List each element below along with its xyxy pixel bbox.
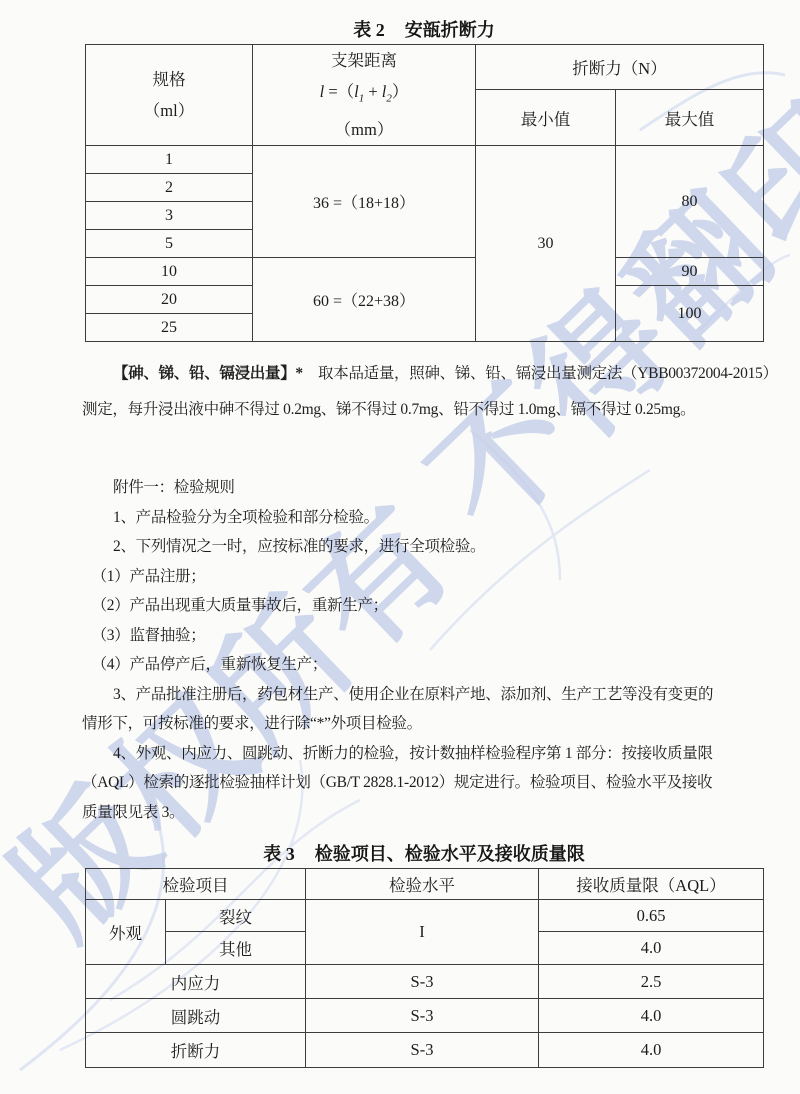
table2-header-max-cell: 最大值: [616, 90, 764, 146]
table3-caption-label: 表 3: [263, 844, 295, 864]
bracket-distance-formula: l =（l1 + l2）: [255, 76, 473, 114]
internal-stress-item-cell: 内应力: [86, 965, 306, 999]
table3-header-level-cell: 检验水平: [306, 869, 539, 900]
breaking-force-level-cell: S-3: [306, 1033, 539, 1068]
leach-limit-paragraph: 【砷、锑、铅、镉浸出量】* 取本品适量，照砷、锑、铅、镉浸出量测定法（YBB00…: [82, 356, 772, 428]
attachment-inspection-rules: 附件一：检验规则 1、产品检验分为全项检验和部分检验。 2、下列情况之一时，应按…: [82, 473, 772, 827]
breaking-force-item-cell: 折断力: [86, 1033, 306, 1068]
table2-caption-label: 表 2: [353, 20, 385, 40]
runout-aql-cell: 4.0: [539, 999, 764, 1033]
rule-item-2: 2、下列情况之一时，应按标准的要求，进行全项检验。: [82, 532, 772, 562]
document-content: 表 2安瓿折断力 规格 （ml） 支架距离 l =（l1 + l2） （mm） …: [0, 0, 800, 1094]
spec-cell-20ml: 20: [86, 286, 253, 314]
table2-header-force-cell: 折断力（N）: [476, 45, 764, 90]
distance-header-title: 支架距离: [255, 45, 473, 76]
table2-header-spec-cell: 规格 （ml）: [86, 45, 253, 146]
rule-item-3-line2: 情形下，可按标准的要求，进行除“*”外项目检验。: [82, 709, 772, 739]
rule-item-3-line1: 3、产品批准注册后，药包材生产、使用企业在原料产地、添加剂、生产工艺等没有变更的: [82, 680, 772, 710]
other-item-cell: 其他: [166, 932, 306, 965]
leach-paragraph-line2: 测定，每升浸出液中砷不得过 0.2mg、锑不得过 0.7mg、铅不得过 1.0m…: [82, 392, 772, 428]
spec-cell-3ml: 3: [86, 202, 253, 230]
internal-stress-aql-cell: 2.5: [539, 965, 764, 999]
runout-level-cell: S-3: [306, 999, 539, 1033]
scanned-standard-document-page: 版权所有 不得翻印 表 2安瓿折断力 规格 （ml） 支架距离 l =（l1 +…: [0, 0, 800, 1094]
max-force-cell-80: 80: [616, 146, 764, 258]
max-force-cell-90: 90: [616, 258, 764, 286]
table2-header-min-cell: 最小值: [476, 90, 616, 146]
distance-cell-36: 36 =（18+18）: [253, 146, 476, 258]
spec-header-line2: （ml）: [88, 95, 250, 126]
formula-close-paren: ）: [392, 82, 409, 101]
crack-aql-cell: 0.65: [539, 900, 764, 932]
leach-line1-rest: 取本品适量，照砷、锑、铅、镉浸出量测定法（YBB00372004-2015）: [303, 365, 778, 382]
spec-cell-2ml: 2: [86, 174, 253, 202]
table2-header-distance-cell: 支架距离 l =（l1 + l2） （mm）: [253, 45, 476, 146]
spec-cell-1ml: 1: [86, 146, 253, 174]
table3-caption-text: 检验项目、检验水平及接收质量限: [315, 844, 585, 864]
rule-subitem-3: （3）监督抽验；: [82, 621, 772, 651]
rule-item-4-line1: 4、外观、内应力、圆跳动、折断力的检验，按计数抽样检验程序第 1 部分：按接收质…: [82, 739, 772, 769]
table3-header-aql-cell: 接收质量限（AQL）: [539, 869, 764, 900]
formula-plus: +: [364, 82, 382, 101]
appearance-group-cell: 外观: [86, 900, 166, 965]
spec-cell-5ml: 5: [86, 230, 253, 258]
spec-cell-25ml: 25: [86, 314, 253, 342]
rule-item-1: 1、产品检验分为全项检验和部分检验。: [82, 503, 772, 533]
leach-paragraph-line1: 【砷、锑、铅、镉浸出量】* 取本品适量，照砷、锑、铅、镉浸出量测定法（YBB00…: [82, 356, 772, 392]
max-force-cell-100: 100: [616, 286, 764, 342]
other-aql-cell: 4.0: [539, 932, 764, 965]
formula-equals: =（: [324, 82, 354, 101]
table3-caption: 表 3检验项目、检验水平及接收质量限: [85, 840, 763, 866]
min-force-cell: 30: [476, 146, 616, 342]
crack-item-cell: 裂纹: [166, 900, 306, 932]
appearance-level-cell: I: [306, 900, 539, 965]
spec-cell-10ml: 10: [86, 258, 253, 286]
internal-stress-level-cell: S-3: [306, 965, 539, 999]
table3-header-item-cell: 检验项目: [86, 869, 306, 900]
table2-caption: 表 2安瓿折断力: [85, 16, 763, 42]
rule-subitem-4: （4）产品停产后，重新恢复生产；: [82, 650, 772, 680]
table2-ampoule-breaking-force: 规格 （ml） 支架距离 l =（l1 + l2） （mm） 折断力（N） 最小…: [85, 44, 764, 342]
attachment-heading: 附件一：检验规则: [82, 473, 772, 503]
distance-header-unit: （mm）: [255, 114, 473, 145]
rule-item-4-line3: 质量限见表 3。: [82, 798, 772, 828]
rule-subitem-1: （1）产品注册；: [82, 562, 772, 592]
distance-cell-60: 60 =（22+38）: [253, 258, 476, 342]
spec-header-line1: 规格: [88, 64, 250, 95]
rule-subitem-2: （2）产品出现重大质量事故后，重新生产；: [82, 591, 772, 621]
runout-item-cell: 圆跳动: [86, 999, 306, 1033]
table3-inspection-aql: 检验项目 检验水平 接收质量限（AQL） 外观 裂纹 I 0.65 其他 4.0…: [85, 868, 764, 1068]
table2-caption-text: 安瓿折断力: [405, 20, 495, 40]
rule-item-4-line2: （AQL）检索的逐批检验抽样计划（GB/T 2828.1-2012）规定进行。检…: [82, 768, 772, 798]
leach-item-bold-label: 【砷、锑、铅、镉浸出量】*: [113, 365, 303, 382]
breaking-force-aql-cell: 4.0: [539, 1033, 764, 1068]
